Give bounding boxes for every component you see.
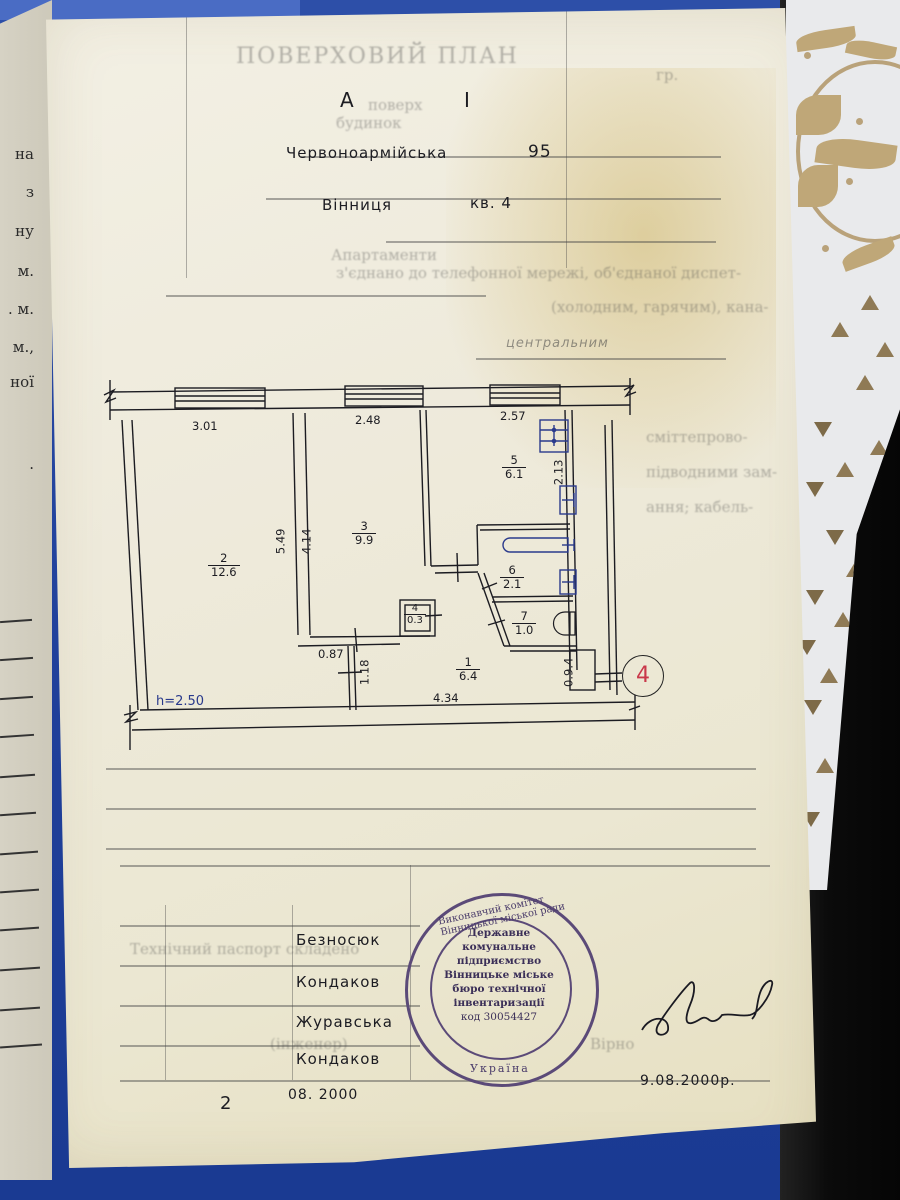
dimension-label: 2.57 — [500, 410, 526, 423]
form-rule — [476, 358, 726, 360]
form-rule — [386, 241, 716, 243]
ghost-title: ПОВЕРХОВИЙ ПЛАН — [236, 44, 519, 69]
dimension-label: 1.18 — [358, 660, 371, 686]
room-label-5: 56.1 — [502, 454, 526, 480]
triangle-icon — [856, 375, 874, 390]
room-label-6: 62.1 — [500, 564, 524, 590]
ghost-body-line: (холодним, гарячим), кана- — [551, 298, 769, 316]
date-left-day: 2 — [220, 1093, 232, 1114]
page-text-fragment: . м. — [8, 300, 34, 318]
dot-icon — [822, 245, 829, 252]
form-rule — [0, 734, 34, 738]
page-text-fragment: м., — [13, 338, 34, 356]
field-apartment: кв. 4 — [470, 194, 512, 212]
triangle-icon — [820, 668, 838, 683]
triangle-icon — [816, 758, 834, 773]
dot-icon — [846, 178, 853, 185]
triangle-icon — [806, 590, 824, 605]
form-rule — [0, 657, 33, 661]
form-rule — [106, 808, 756, 810]
ghost-building-label: будинок — [336, 114, 402, 132]
field-floor: I — [464, 88, 471, 112]
room-label-2: 212.6 — [208, 552, 240, 578]
date-right: 9.08.2000р. — [640, 1073, 736, 1089]
dimension-label: 0.87 — [318, 648, 344, 661]
triangle-icon — [861, 295, 879, 310]
signatory-name: Безносюк — [296, 931, 380, 949]
form-divider — [165, 905, 166, 1080]
triangle-icon — [806, 482, 824, 497]
triangle-icon — [804, 700, 822, 715]
form-rule — [0, 1044, 42, 1048]
ghost-signature-label: Вірно — [590, 1035, 634, 1053]
form-rule — [0, 696, 33, 700]
ghost-year-suffix: гр. — [656, 66, 678, 84]
ghost-body-line: з'єднано до телефонної мережі, об'єднано… — [336, 264, 741, 282]
page-text-fragment: на — [15, 145, 34, 163]
room-label-3: 39.9 — [352, 520, 376, 546]
signatory-name: Журавська — [296, 1013, 393, 1031]
page-text-fragment: ну — [15, 222, 34, 240]
page-text-fragment: ної — [10, 373, 34, 391]
ghost-floor-label: поверх — [368, 96, 422, 114]
signature-scribble-icon — [640, 975, 780, 1045]
form-rule — [0, 851, 38, 855]
form-rule — [120, 865, 770, 867]
room-label-7: 71.0 — [512, 610, 536, 636]
field-city: Вінниця — [322, 196, 392, 214]
field-street: Червоноармійська — [286, 144, 447, 162]
field-letter: А — [340, 88, 355, 112]
official-stamp: Виконавчий комітет Вінницької міської ра… — [405, 893, 599, 1087]
triangle-icon — [826, 530, 844, 545]
field-house-number: 95 — [528, 142, 552, 162]
triangle-icon — [876, 342, 894, 357]
signatory-name: Кондаков — [296, 973, 380, 991]
form-rule — [0, 1007, 40, 1011]
triangle-icon — [836, 462, 854, 477]
dot-icon — [856, 118, 863, 125]
field-heating: центральним — [506, 336, 609, 351]
room-label-4: 40.3 — [404, 603, 426, 626]
ghost-divider — [566, 8, 567, 268]
form-rule — [0, 619, 32, 623]
ceiling-height-note: h=2.50 — [156, 695, 204, 709]
form-rule — [106, 768, 756, 770]
leaf-icon — [798, 165, 838, 207]
stamp-center-text: Державне комунальне підприємство Вінниць… — [430, 926, 568, 1024]
page-text-fragment: з — [26, 183, 34, 201]
form-rule — [0, 927, 39, 931]
dimension-label: 3.01 — [192, 420, 218, 433]
dimension-label: 4.34 — [433, 692, 459, 705]
page-text-fragment: м. — [18, 262, 34, 280]
ghost-body-line: Апартаменти — [331, 246, 437, 264]
previous-page: на з ну м. . м. м., ної . — [0, 0, 52, 1180]
form-rule — [0, 967, 40, 971]
dimension-label: 5.49 — [274, 529, 287, 555]
floor-plan: 3.01 2.48 2.57 5.49 4.14 2.13 0.87 1.18 … — [100, 370, 700, 760]
leaf-icon — [796, 95, 841, 135]
date-left-month-year: 08. 2000 — [288, 1087, 358, 1103]
room-label-1: 16.4 — [456, 656, 480, 682]
signatory-name: Кондаков — [296, 1050, 380, 1068]
handwritten-signature — [640, 975, 780, 1045]
dot-icon — [804, 52, 811, 59]
dimension-label: 0.9.4 — [562, 658, 575, 687]
triangle-icon — [831, 322, 849, 337]
triangle-icon — [814, 422, 832, 437]
form-rule — [106, 848, 756, 850]
dimension-label: 2.13 — [552, 460, 565, 486]
form-divider — [292, 905, 293, 1080]
apartment-marker: 4 — [622, 655, 664, 697]
form-rule — [0, 812, 36, 816]
dimension-label: 4.14 — [300, 529, 313, 555]
page-text-fragment: . — [29, 455, 34, 473]
ghost-divider — [186, 8, 187, 278]
stamp-bottom-text: Україна — [470, 1062, 530, 1075]
form-rule — [0, 889, 39, 893]
form-rule — [0, 774, 35, 778]
dimension-label: 2.48 — [355, 414, 381, 427]
form-rule — [166, 295, 486, 297]
